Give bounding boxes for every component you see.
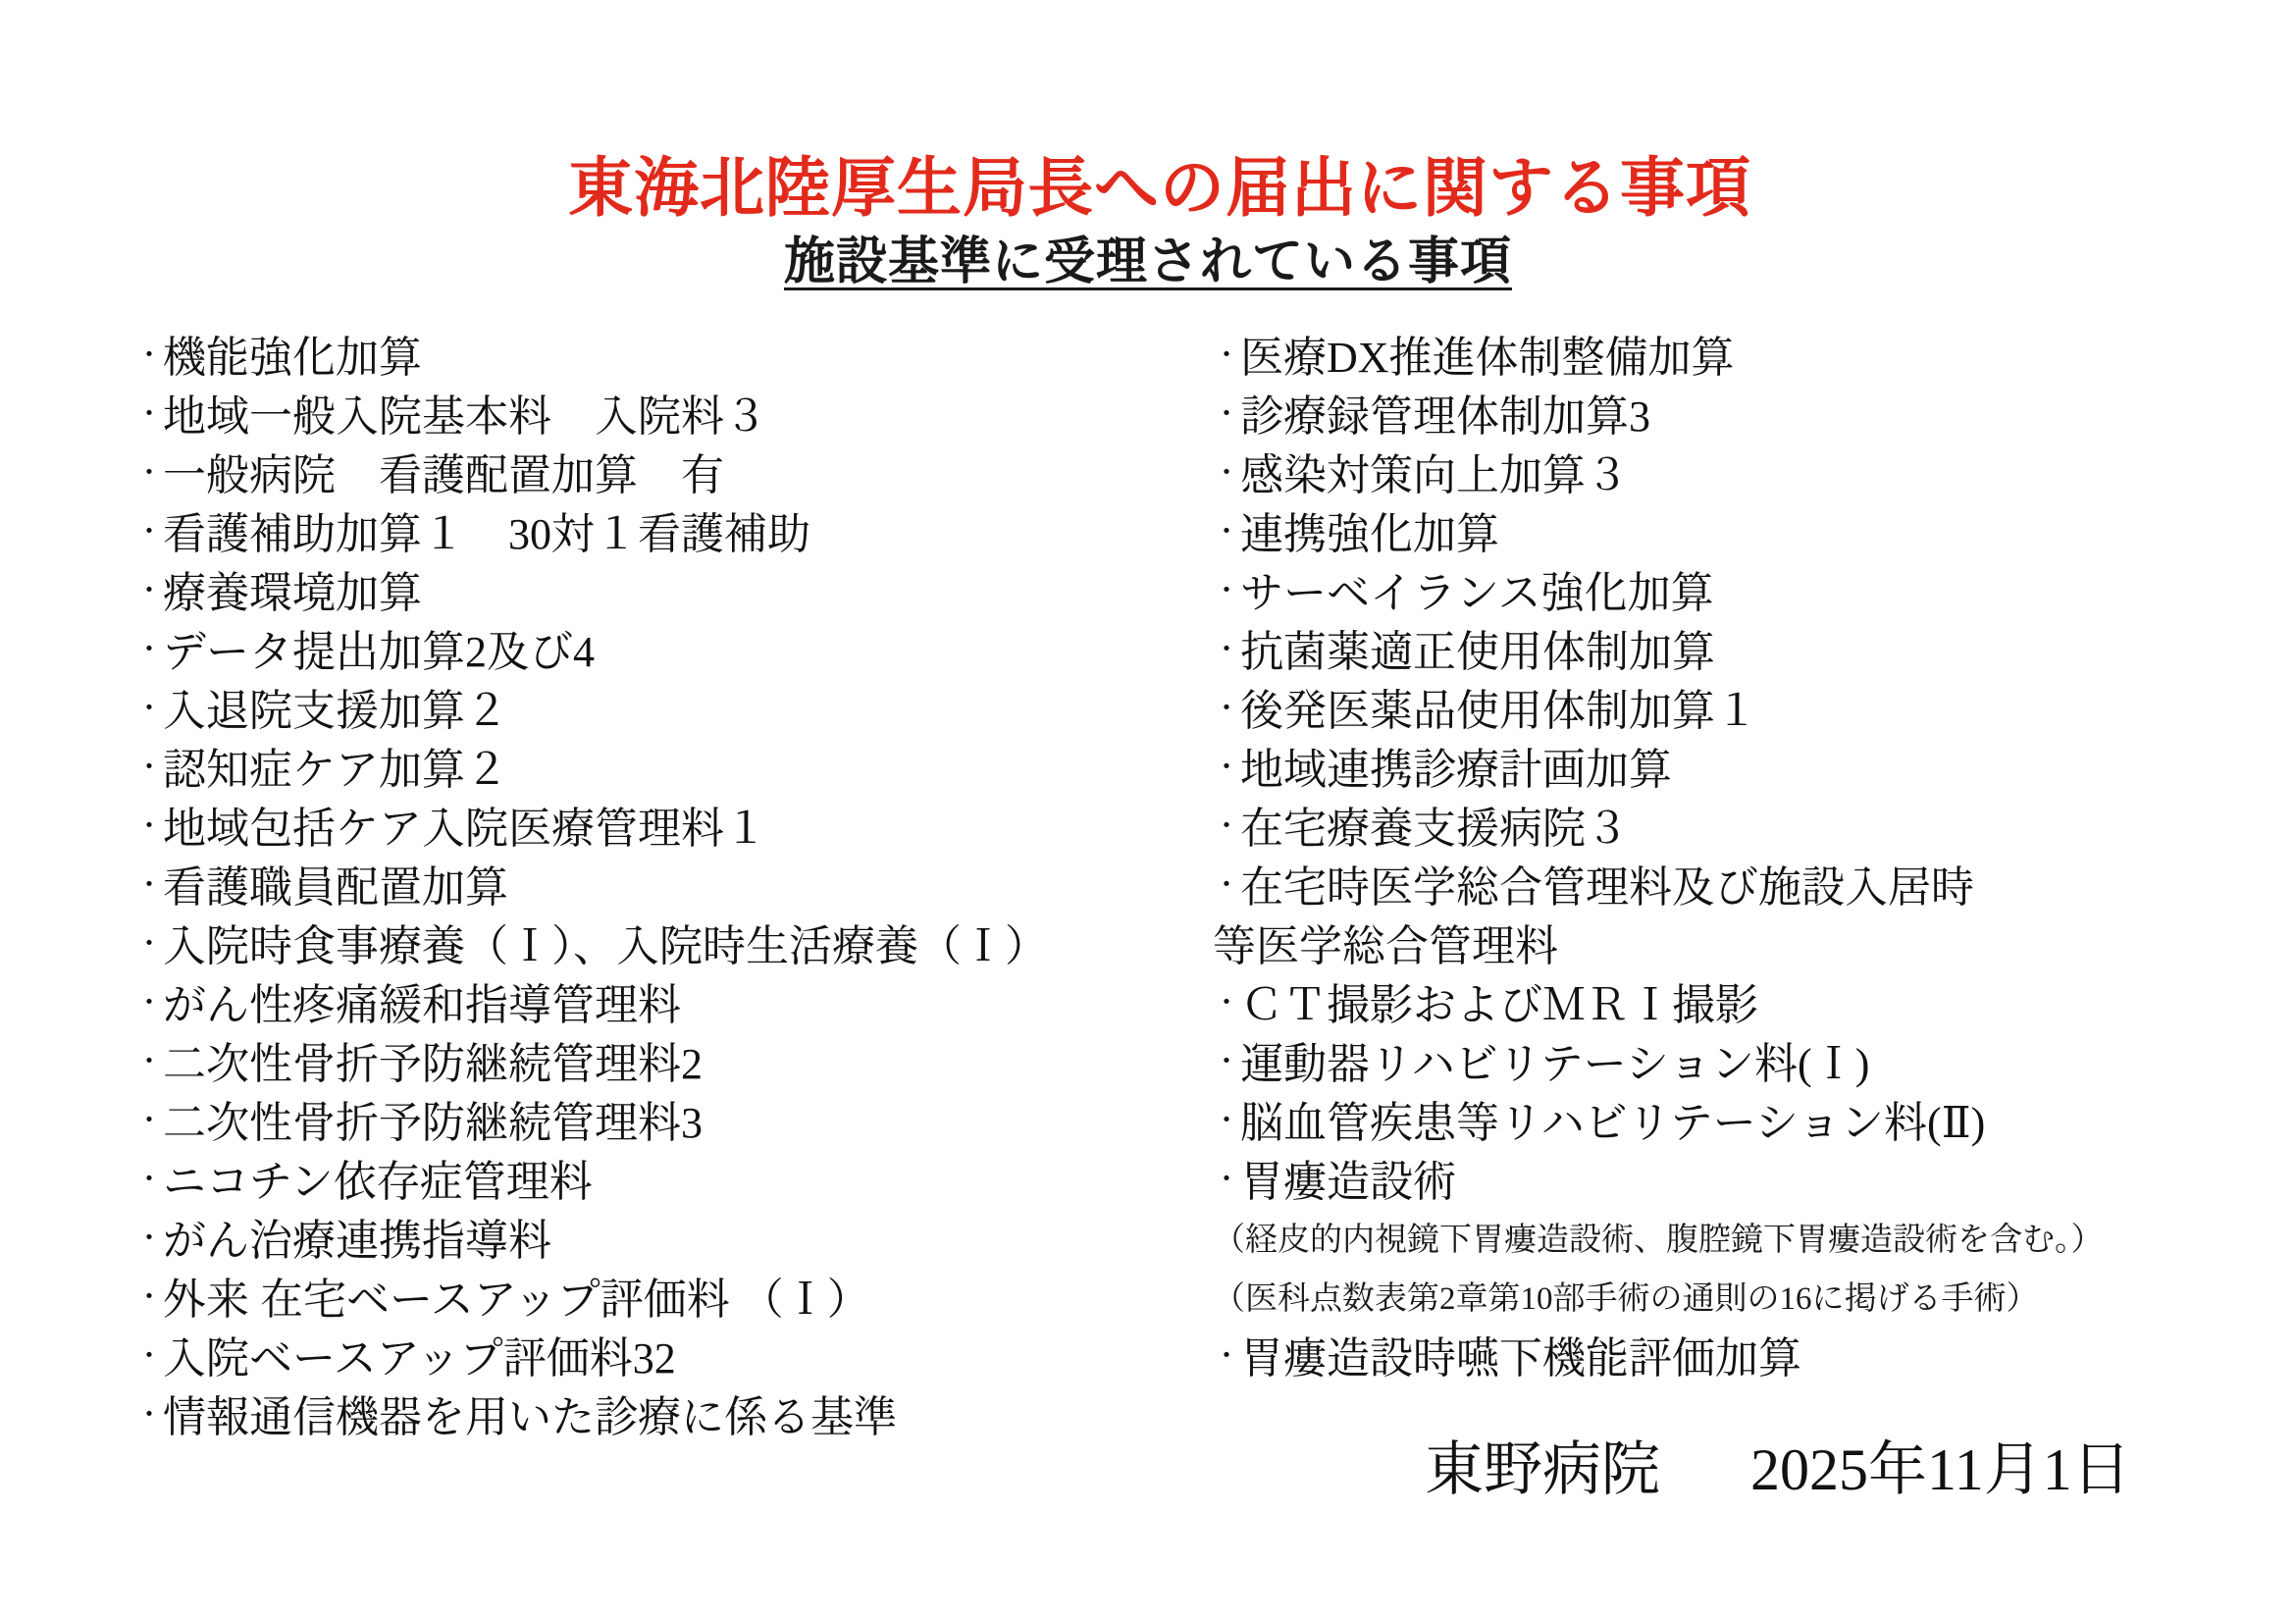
notified-items-list-right: ・ 医療DX推進体制整備加算 ・ 診療録管理体制加算3 ・ 感染対策向上加算３ …	[1213, 324, 2104, 1383]
bullet-icon: ・	[135, 863, 163, 903]
list-item: ・ 感染対策向上加算３	[1213, 442, 2104, 500]
list-item-text: がん性疼痛緩和指導管理料	[163, 969, 681, 1032]
bullet-icon: ・	[1213, 334, 1240, 373]
bullet-icon: ・	[135, 1217, 163, 1256]
list-item: ・ 認知症ケア加算２	[135, 736, 1048, 795]
bullet-icon: ・	[135, 1158, 163, 1197]
bullet-icon: ・	[1213, 510, 1240, 549]
bullet-icon: ・	[135, 805, 163, 844]
list-item: ・ 診療録管理体制加算3	[1213, 383, 2104, 442]
list-item-text: 情報通信機器を用いた診療に係る基準	[163, 1382, 897, 1444]
list-item-text: 入院時食事療養（Ｉ）、入院時生活療養（Ｉ）	[163, 911, 1048, 973]
issue-date: 2025年11月1日	[1750, 1423, 2131, 1507]
list-item-text: 看護職員配置加算	[163, 852, 508, 914]
bullet-icon: ・	[1213, 746, 1240, 785]
list-item: ・ 胃瘻造設時嚥下機能評価加算	[1213, 1325, 2104, 1383]
list-item: ・ （経皮的内視鏡下胃瘻造設術、腹腔鏡下胃瘻造設術を含む。）	[1213, 1207, 2104, 1266]
list-item: ・ 入院ベースアップ評価料32	[135, 1325, 1048, 1383]
list-item-text: 地域連携診療計画加算	[1240, 734, 1672, 797]
list-item: ・ 等医学総合管理料	[1213, 913, 2104, 971]
list-item-text: データ提出加算2及び4	[163, 616, 595, 679]
list-item-text: 地域包括ケア入院医療管理料１	[163, 793, 767, 856]
list-item-text: 入院ベースアップ評価料32	[163, 1323, 676, 1385]
bullet-icon: ・	[135, 628, 163, 667]
list-item-text: 感染対策向上加算３	[1240, 440, 1629, 502]
bullet-icon: ・	[135, 510, 163, 549]
bullet-icon: ・	[135, 334, 163, 373]
list-item: ・ 地域連携診療計画加算	[1213, 736, 2104, 795]
list-item-text: 運動器リハビリテーション料(Ｉ)	[1240, 1028, 1869, 1091]
list-item: ・ 入退院支援加算２	[135, 677, 1048, 736]
list-item: ・ 抗菌薬適正使用体制加算	[1213, 618, 2104, 677]
list-item-text: 一般病院 看護配置加算 有	[163, 440, 724, 502]
list-item-text: ニコチン依存症管理料	[163, 1146, 593, 1209]
list-item: ・ 看護職員配置加算	[135, 854, 1048, 913]
bullet-icon: ・	[1213, 628, 1240, 667]
bullet-icon: ・	[1213, 687, 1240, 726]
bullet-icon: ・	[135, 1334, 163, 1374]
bullet-icon: ・	[135, 746, 163, 785]
bullet-icon: ・	[1213, 1334, 1240, 1374]
list-item-text: 外来 在宅ベースアップ評価料 （Ｉ）	[163, 1264, 870, 1327]
list-item-text: 認知症ケア加算２	[163, 734, 508, 797]
bullet-icon: ・	[1213, 392, 1240, 432]
list-item-text: 入退院支援加算２	[163, 675, 508, 738]
list-item-text: （経皮的内視鏡下胃瘻造設術、腹腔鏡下胃瘻造設術を含む。）	[1213, 1214, 2104, 1260]
list-item-text: 機能強化加算	[163, 322, 422, 385]
list-item-text: 等医学総合管理料	[1213, 911, 1558, 973]
bullet-icon: ・	[1213, 1040, 1240, 1079]
list-item: ・ 地域一般入院基本料 入院料３	[135, 383, 1048, 442]
bullet-icon: ・	[1213, 863, 1240, 903]
bullet-icon: ・	[1213, 1158, 1240, 1197]
bullet-icon: ・	[1213, 1099, 1240, 1138]
list-item-text: 後発医薬品使用体制加算１	[1240, 675, 1758, 738]
list-item-text: ＣＴ撮影およびＭＲＩ撮影	[1240, 969, 1758, 1032]
list-item: ・ 後発医薬品使用体制加算１	[1213, 677, 2104, 736]
bullet-icon: ・	[135, 1393, 163, 1433]
list-item-text: がん治療連携指導料	[163, 1205, 551, 1268]
list-item: ・ 在宅療養支援病院３	[1213, 795, 2104, 854]
list-item-text: 医療DX推進体制整備加算	[1240, 322, 1735, 385]
bullet-icon: ・	[135, 451, 163, 491]
list-item: ・ 地域包括ケア入院医療管理料１	[135, 795, 1048, 854]
bullet-icon: ・	[1213, 569, 1240, 608]
list-item: ・ 一般病院 看護配置加算 有	[135, 442, 1048, 500]
list-item-text: 胃瘻造設術	[1240, 1146, 1456, 1209]
bullet-icon: ・	[1213, 451, 1240, 491]
list-item-text: 診療録管理体制加算3	[1240, 381, 1650, 443]
list-item-text: 二次性骨折予防継続管理料3	[163, 1087, 703, 1150]
list-item: ・ データ提出加算2及び4	[135, 618, 1048, 677]
list-item: ・ 在宅時医学総合管理料及び施設入居時	[1213, 854, 2104, 913]
list-item-text: 抗菌薬適正使用体制加算	[1240, 616, 1715, 679]
list-item-text: 療養環境加算	[163, 557, 422, 620]
list-item: ・ サーベイランス強化加算	[1213, 559, 2104, 618]
list-item: ・ 看護補助加算１ 30対１看護補助	[135, 500, 1048, 559]
list-item: ・ 情報通信機器を用いた診療に係る基準	[135, 1383, 1048, 1442]
bullet-icon: ・	[1213, 805, 1240, 844]
list-item: ・ 機能強化加算	[135, 324, 1048, 383]
document-footer: 東野病院 2025年11月1日	[1425, 1431, 2131, 1499]
document-page: 東海北陸厚生局長への届出に関する事項 施設基準に受理されている事項 ・ 機能強化…	[0, 0, 2296, 1617]
list-item-text: 胃瘻造設時嚥下機能評価加算	[1240, 1323, 1801, 1385]
list-item: ・ （医科点数表第2章第10部手術の通則の16に掲げる手術）	[1213, 1266, 2104, 1325]
bullet-icon: ・	[135, 687, 163, 726]
list-item: ・ 連携強化加算	[1213, 500, 2104, 559]
list-item: ・ 運動器リハビリテーション料(Ｉ)	[1213, 1030, 2104, 1089]
list-item-text: 在宅療養支援病院３	[1240, 793, 1629, 856]
list-item: ・ 医療DX推進体制整備加算	[1213, 324, 2104, 383]
bullet-icon: ・	[135, 392, 163, 432]
list-item-text: 看護補助加算１ 30対１看護補助	[163, 498, 810, 561]
bullet-icon: ・	[135, 1040, 163, 1079]
list-item: ・ 脳血管疾患等リハビリテーション料(Ⅱ)	[1213, 1089, 2104, 1148]
list-item-text: サーベイランス強化加算	[1240, 557, 1714, 620]
list-item: ・ ＣＴ撮影およびＭＲＩ撮影	[1213, 971, 2104, 1030]
list-item: ・ がん治療連携指導料	[135, 1207, 1048, 1266]
bullet-icon: ・	[135, 1276, 163, 1315]
list-item: ・ 胃瘻造設術	[1213, 1148, 2104, 1207]
list-item-text: （医科点数表第2章第10部手術の通則の16に掲げる手術）	[1213, 1273, 2039, 1319]
list-item: ・ 外来 在宅ベースアップ評価料 （Ｉ）	[135, 1266, 1048, 1325]
bullet-icon: ・	[135, 922, 163, 962]
page-subtitle: 施設基準に受理されている事項	[0, 220, 2296, 293]
list-item-text: 地域一般入院基本料 入院料３	[163, 381, 767, 443]
notified-items-list-left: ・ 機能強化加算 ・ 地域一般入院基本料 入院料３ ・ 一般病院 看護配置加算 …	[135, 324, 1048, 1442]
bullet-icon: ・	[135, 981, 163, 1020]
list-item: ・ がん性疼痛緩和指導管理料	[135, 971, 1048, 1030]
bullet-icon: ・	[135, 569, 163, 608]
list-item: ・ 入院時食事療養（Ｉ）、入院時生活療養（Ｉ）	[135, 913, 1048, 971]
bullet-icon: ・	[1213, 981, 1240, 1020]
bullet-icon: ・	[135, 1099, 163, 1138]
list-item: ・ 二次性骨折予防継続管理料2	[135, 1030, 1048, 1089]
list-item-text: 在宅時医学総合管理料及び施設入居時	[1240, 852, 1974, 914]
list-item: ・ ニコチン依存症管理料	[135, 1148, 1048, 1207]
page-subtitle-text: 施設基準に受理されている事項	[784, 235, 1512, 290]
page-title: 東海北陸厚生局長への届出に関する事項	[0, 135, 2296, 229]
list-item-text: 連携強化加算	[1240, 498, 1499, 561]
list-item-text: 脳血管疾患等リハビリテーション料(Ⅱ)	[1240, 1087, 1985, 1150]
list-item: ・ 療養環境加算	[135, 559, 1048, 618]
list-item-text: 二次性骨折予防継続管理料2	[163, 1028, 703, 1091]
list-item: ・ 二次性骨折予防継続管理料3	[135, 1089, 1048, 1148]
hospital-name: 東野病院	[1425, 1423, 1660, 1507]
